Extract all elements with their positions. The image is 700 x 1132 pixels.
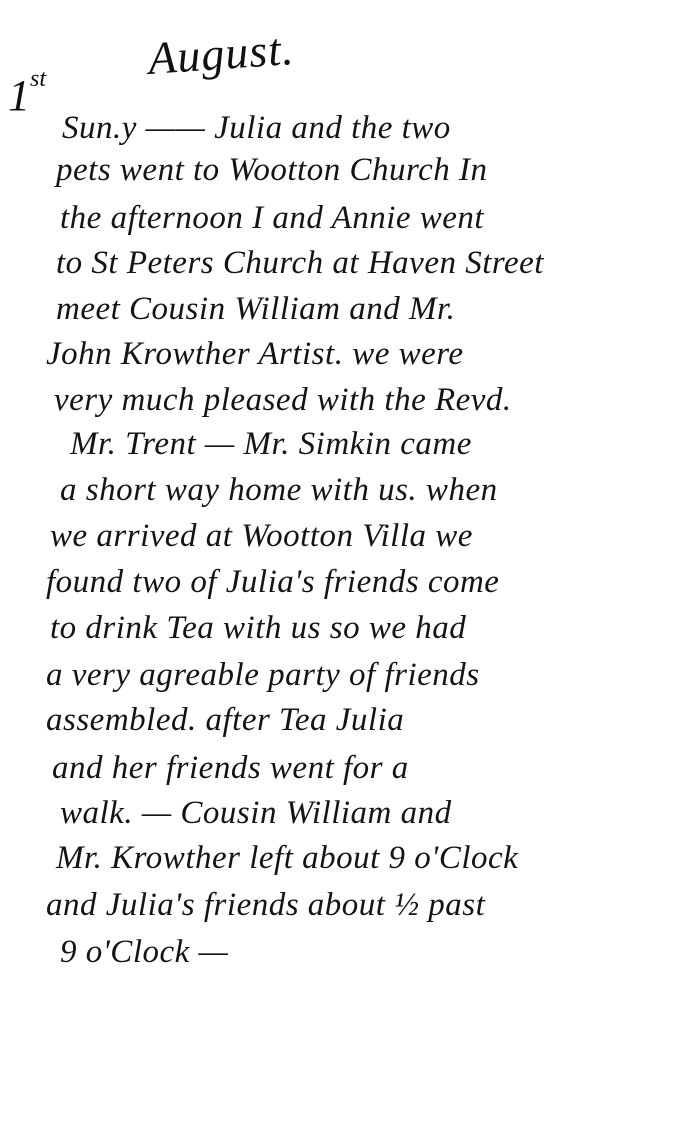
diary-page: 1st August. Sun.y —— Julia and the two p… [0, 0, 700, 1132]
day-number: 1 [8, 71, 30, 120]
text-line-14: assembled. after Tea Julia [46, 700, 404, 740]
entry-heading: 1st August. [0, 10, 700, 110]
text-line-17: Mr. Krowther left about 9 o'Clock [56, 838, 518, 878]
text-line-2: pets went to Wootton Church In [56, 150, 487, 190]
text-line-3: the afternoon I and Annie went [60, 198, 484, 238]
text-line-16: walk. — Cousin William and [60, 793, 452, 833]
text-line-1: Sun.y —— Julia and the two [62, 108, 451, 148]
text-line-5: meet Cousin William and Mr. [56, 289, 455, 329]
text-line-12: to drink Tea with us so we had [50, 608, 466, 648]
text-line-11: found two of Julia's friends come [46, 562, 499, 602]
text-line-18: and Julia's friends about ½ past [46, 885, 485, 925]
day-suffix: st [30, 66, 46, 92]
day-ordinal: 1st [8, 70, 46, 121]
text-line-6: John Krowther Artist. we were [46, 334, 464, 374]
text-line-10: we arrived at Wootton Villa we [50, 516, 473, 556]
month-title: August. [146, 22, 296, 85]
text-line-4: to St Peters Church at Haven Street [56, 243, 544, 283]
text-line-7: very much pleased with the Revd. [54, 380, 512, 420]
text-line-13: a very agreable party of friends [46, 655, 480, 695]
text-line-19: 9 o'Clock — [60, 932, 228, 972]
text-line-15: and her friends went for a [52, 748, 409, 788]
text-line-9: a short way home with us. when [60, 470, 498, 510]
text-line-8: Mr. Trent — Mr. Simkin came [70, 424, 472, 464]
